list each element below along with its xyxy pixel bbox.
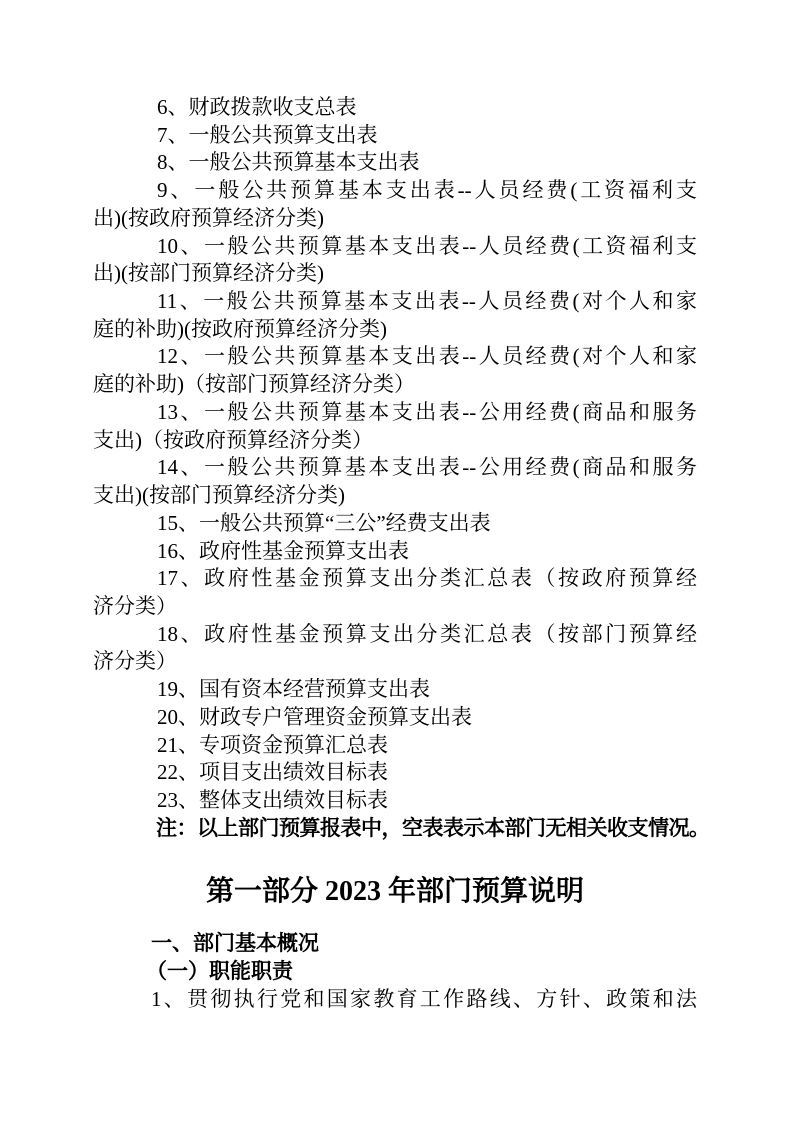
toc-item: 22、项目支出绩效目标表: [93, 759, 697, 787]
toc-item: 21、专项资金预算汇总表: [93, 732, 697, 760]
toc-item-line: 支出)(按部门预算经济分类): [93, 482, 697, 510]
toc-item: 11、一般公共预算基本支出表--人员经费(对个人和家庭的补助)(按政府预算经济分…: [93, 288, 697, 343]
toc-item: 15、一般公共预算“三公”经费支出表: [93, 510, 697, 538]
toc-item-line: 16、政府性基金预算支出表: [93, 538, 697, 566]
toc-item-line: 济分类）: [93, 593, 697, 621]
toc-item-line: 12、一般公共预算基本支出表--人员经费(对个人和家: [93, 343, 697, 371]
toc-item-line: 庭的补助)（按部门预算经济分类）: [93, 371, 697, 399]
toc-item: 23、整体支出绩效目标表: [93, 787, 697, 815]
toc-item: 17、政府性基金预算支出分类汇总表（按政府预算经济分类）: [93, 565, 697, 620]
toc-item-line: 支出)（按政府预算经济分类）: [93, 427, 697, 455]
note-line: 注：以上部门预算报表中，空表表示本部门无相关收支情况。: [93, 815, 697, 843]
toc-item: 16、政府性基金预算支出表: [93, 538, 697, 566]
part-heading: 第一部分 2023 年部门预算说明: [93, 872, 697, 912]
toc-item-line: 18、政府性基金预算支出分类汇总表（按部门预算经: [93, 621, 697, 649]
toc-item: 20、财政专户管理资金预算支出表: [93, 704, 697, 732]
toc-item: 8、一般公共预算基本支出表: [93, 149, 697, 177]
section-heading: 一、部门基本概况: [93, 930, 697, 958]
document-content: 6、财政拨款收支总表7、一般公共预算支出表8、一般公共预算基本支出表9、一般公共…: [93, 94, 697, 1014]
toc-item-line: 6、财政拨款收支总表: [93, 94, 697, 122]
toc-item-line: 17、政府性基金预算支出分类汇总表（按政府预算经: [93, 565, 697, 593]
toc-item-line: 22、项目支出绩效目标表: [93, 759, 697, 787]
section-block: 一、部门基本概况 （一）职能职责 1、贯彻执行党和国家教育工作路线、方针、政策和…: [93, 930, 697, 1013]
toc-item: 14、一般公共预算基本支出表--公用经费(商品和服务支出)(按部门预算经济分类): [93, 454, 697, 509]
toc-item: 10、一般公共预算基本支出表--人员经费(工资福利支出)(按部门预算经济分类): [93, 233, 697, 288]
toc-item: 6、财政拨款收支总表: [93, 94, 697, 122]
toc-item-line: 20、财政专户管理资金预算支出表: [93, 704, 697, 732]
toc-item-line: 庭的补助)(按政府预算经济分类): [93, 316, 697, 344]
toc-item: 12、一般公共预算基本支出表--人员经费(对个人和家庭的补助)（按部门预算经济分…: [93, 343, 697, 398]
toc-item-line: 9、一般公共预算基本支出表--人员经费(工资福利支: [93, 177, 697, 205]
toc-item-line: 出)(按部门预算经济分类): [93, 260, 697, 288]
toc-item: 9、一般公共预算基本支出表--人员经费(工资福利支出)(按政府预算经济分类): [93, 177, 697, 232]
toc-item: 13、一般公共预算基本支出表--公用经费(商品和服务支出)（按政府预算经济分类）: [93, 399, 697, 454]
subsection-heading: （一）职能职责: [93, 958, 697, 986]
toc-item-line: 10、一般公共预算基本支出表--人员经费(工资福利支: [93, 233, 697, 261]
toc-item-line: 21、专项资金预算汇总表: [93, 732, 697, 760]
toc-item-line: 15、一般公共预算“三公”经费支出表: [93, 510, 697, 538]
toc-item-line: 19、国有资本经营预算支出表: [93, 676, 697, 704]
toc-item-line: 济分类）: [93, 648, 697, 676]
toc-item-line: 23、整体支出绩效目标表: [93, 787, 697, 815]
toc-item: 7、一般公共预算支出表: [93, 122, 697, 150]
toc-item: 18、政府性基金预算支出分类汇总表（按部门预算经济分类）: [93, 621, 697, 676]
toc-item-line: 8、一般公共预算基本支出表: [93, 149, 697, 177]
toc-item-line: 7、一般公共预算支出表: [93, 122, 697, 150]
toc-item-line: 14、一般公共预算基本支出表--公用经费(商品和服务: [93, 454, 697, 482]
toc-item-line: 出)(按政府预算经济分类): [93, 205, 697, 233]
document-page: 6、财政拨款收支总表7、一般公共预算支出表8、一般公共预算基本支出表9、一般公共…: [0, 0, 793, 1122]
toc-item-line: 11、一般公共预算基本支出表--人员经费(对个人和家: [93, 288, 697, 316]
body-paragraph-first-line: 1、贯彻执行党和国家教育工作路线、方针、政策和法: [93, 986, 697, 1014]
toc-item-line: 13、一般公共预算基本支出表--公用经费(商品和服务: [93, 399, 697, 427]
toc-list: 6、财政拨款收支总表7、一般公共预算支出表8、一般公共预算基本支出表9、一般公共…: [93, 94, 697, 815]
toc-item: 19、国有资本经营预算支出表: [93, 676, 697, 704]
